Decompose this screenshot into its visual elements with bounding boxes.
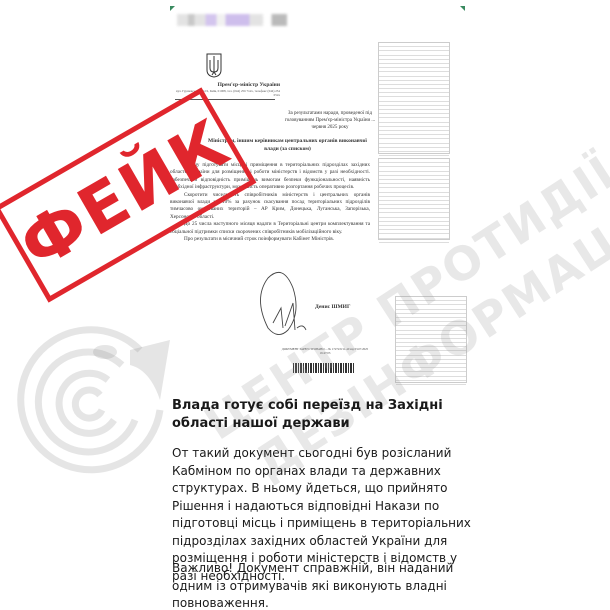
blurred-header xyxy=(177,14,287,26)
letter-paragraph: Про результати в місячний строк поінформ… xyxy=(170,236,370,243)
labyrinth-eagle-logo-icon xyxy=(10,310,175,475)
trident-icon xyxy=(205,52,223,78)
letterhead-title: Прем'єр-міністр України xyxy=(180,82,280,88)
post-paragraph: Важливо! Документ справжній, він наданий… xyxy=(172,560,472,610)
annex-form xyxy=(378,42,450,154)
letter-paragraph: До 25 числа наступного місяця надати в Т… xyxy=(170,221,370,236)
signature-icon xyxy=(253,268,308,338)
form-row xyxy=(379,239,449,243)
annex-form xyxy=(378,158,450,240)
form-row xyxy=(379,152,449,156)
reference-text: За результатами наради, проведеної під г… xyxy=(280,110,380,131)
corner-marker xyxy=(460,6,465,11)
post-headline: Влада готує собі переїзд на Західні обла… xyxy=(172,397,472,433)
corner-marker xyxy=(170,6,175,11)
